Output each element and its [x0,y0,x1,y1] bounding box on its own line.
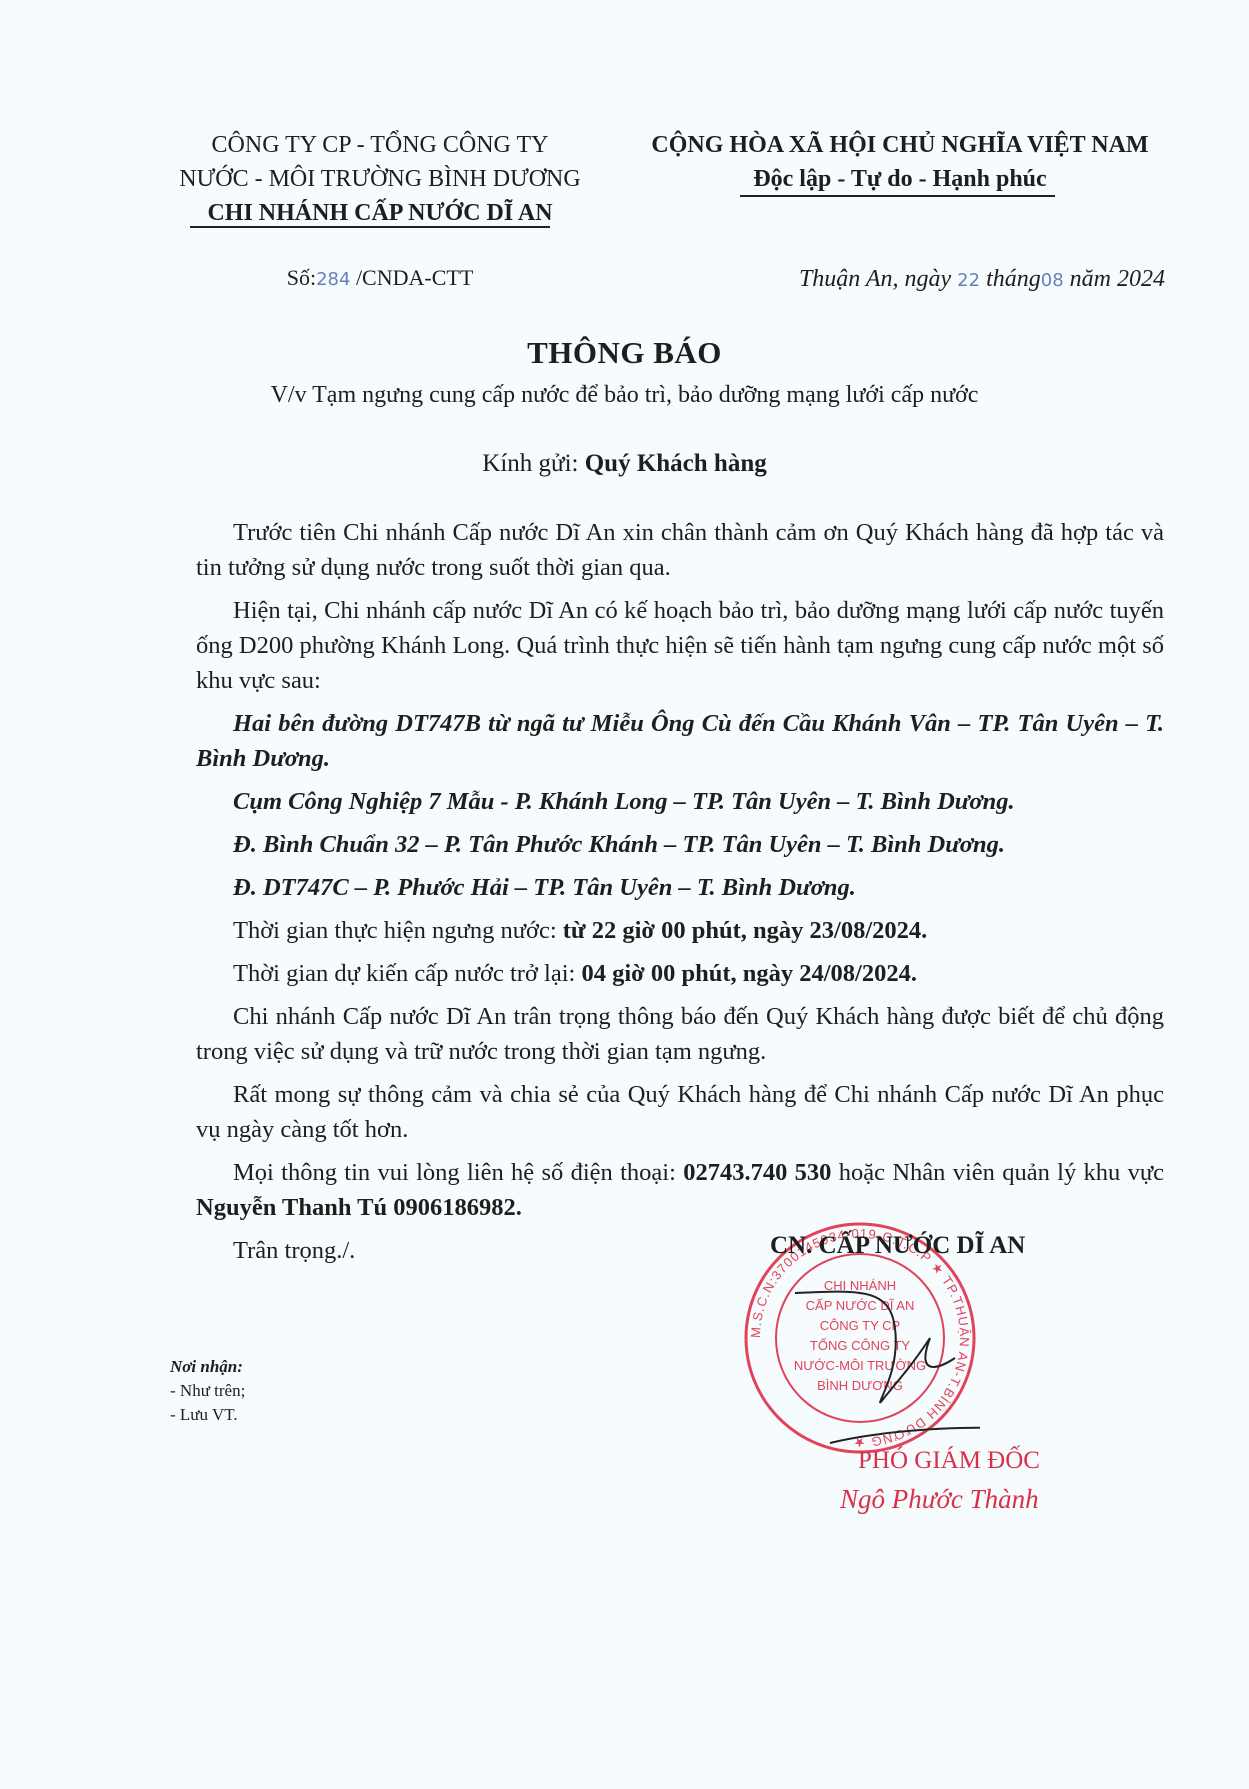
national-title: CỘNG HÒA XÃ HỘI CHỦ NGHĨA VIỆT NAM [630,128,1170,162]
affected-area: Đ. DT747C – P. Phước Hải – TP. Tân Uyên … [196,870,1164,905]
recipient-item: - Lưu VT. [170,1403,245,1427]
handwritten-day: 22 [957,270,980,291]
contact-phone: 02743.740 530 [683,1159,831,1186]
signer-name: Ngô Phước Thành [840,1484,1039,1515]
document-subject: V/v Tạm ngưng cung cấp nước để bảo trì, … [0,382,1249,409]
signature-organization: CN. CẤP NƯỚC DĨ AN [770,1232,1025,1260]
recipients-block: Nơi nhận: - Như trên; - Lưu VT. [170,1355,245,1427]
issuer-underline [190,226,550,228]
handwritten-number: 284 [316,269,350,290]
national-header: CỘNG HÒA XÃ HỘI CHỦ NGHĨA VIỆT NAM Độc l… [630,128,1170,196]
affected-area: Cụm Công Nghiệp 7 Mẫu - P. Khánh Long – … [196,784,1164,819]
issuer-line-1: CÔNG TY CP - TỔNG CÔNG TY [150,128,610,162]
document-title: THÔNG BÁO [0,335,1249,371]
issuer-header: CÔNG TY CP - TỔNG CÔNG TY NƯỚC - MÔI TRƯ… [150,128,610,230]
date-line: Thuận An, ngày 22 tháng08 năm 2024 [799,266,1165,293]
resume-time: Thời gian dự kiến cấp nước trở lại: 04 g… [196,956,1164,991]
document-number: Số:284 /CNDA-CTT [150,265,610,291]
contact-person: Nguyễn Thanh Tú 0906186982. [196,1194,522,1221]
recipients-title: Nơi nhận: [170,1355,245,1379]
affected-area: Đ. Bình Chuẩn 32 – P. Tân Phước Khánh – … [196,827,1164,862]
paragraph-thanks: Trước tiên Chi nhánh Cấp nước Dĩ An xin … [196,515,1164,585]
issuer-branch: CHI NHÁNH CẤP NƯỚC DĨ AN [150,196,610,230]
svg-text:CÔNG TY CP: CÔNG TY CP [820,1318,900,1333]
paragraph-apology: Rất mong sự thông cảm và chia sẻ của Quý… [196,1077,1164,1147]
affected-area: Hai bên đường DT747B từ ngã tư Miễu Ông … [196,706,1164,776]
national-motto: Độc lập - Tự do - Hạnh phúc [630,162,1170,196]
paragraph-plan: Hiện tại, Chi nhánh cấp nước Dĩ An có kế… [196,593,1164,698]
greeting-recipient: Quý Khách hàng [585,450,767,477]
issuer-line-2: NƯỚC - MÔI TRƯỜNG BÌNH DƯƠNG [150,162,610,196]
motto-underline [740,195,1055,197]
paragraph-notice: Chi nhánh Cấp nước Dĩ An trân trọng thôn… [196,999,1164,1069]
paragraph-contact: Mọi thông tin vui lòng liên hệ số điện t… [196,1155,1164,1225]
signer-position: PHÓ GIÁM ĐỐC [858,1447,1040,1475]
stop-time: Thời gian thực hiện ngưng nước: từ 22 gi… [196,913,1164,948]
document-body: Trước tiên Chi nhánh Cấp nước Dĩ An xin … [196,515,1164,1276]
recipient-item: - Như trên; [170,1379,245,1403]
greeting: Kính gửi: Quý Khách hàng [0,450,1249,478]
svg-text:CẤP NƯỚC DĨ AN: CẤP NƯỚC DĨ AN [806,1298,915,1313]
handwritten-month: 08 [1041,270,1064,291]
